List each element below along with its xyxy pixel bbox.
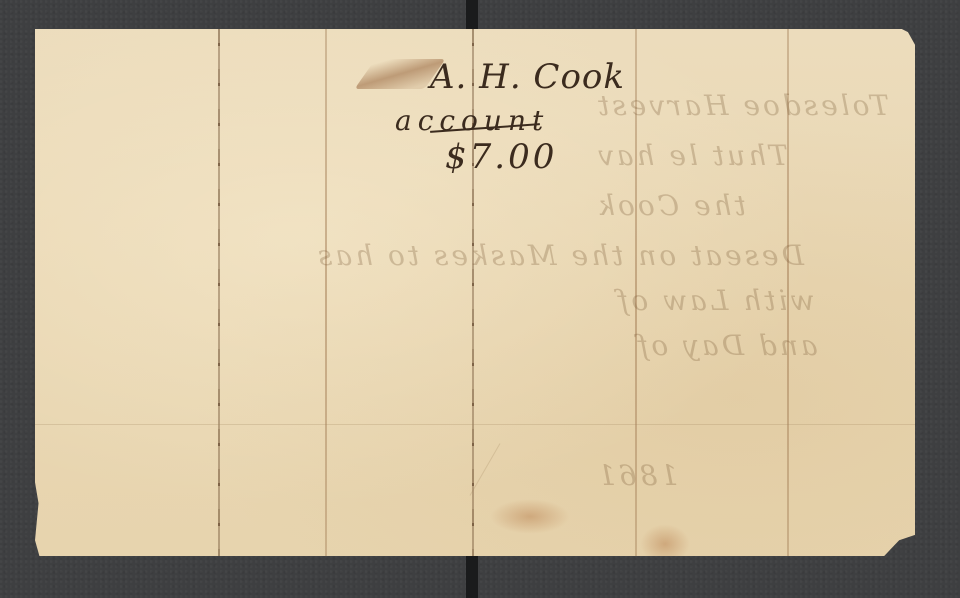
bleed-through-line: Thut le hav	[595, 139, 788, 172]
bleed-through-line: the Cook	[595, 189, 746, 222]
diagonal-crease	[470, 443, 501, 495]
bleed-through-line: 1861	[595, 459, 678, 492]
fold-line	[218, 29, 220, 556]
bleed-through-line: and Day of	[635, 329, 818, 362]
mount-divider-strip-bottom	[466, 556, 478, 598]
bleed-through-line: Tolesdoe Harvest	[595, 89, 889, 122]
bleed-through-line: Deseat on the Maskes to has	[315, 239, 804, 272]
inscription-name: A. H. Cook	[430, 57, 625, 97]
horizontal-crease	[35, 424, 915, 425]
inscription-amount: $7.00	[445, 137, 557, 177]
paper-document: Tolesdoe Harvest Thut le hav the Cook De…	[35, 29, 915, 556]
inscription-account-label: account	[395, 104, 549, 137]
ink-stain	[490, 499, 570, 534]
bleed-through-line: with Law of	[615, 284, 814, 317]
mount-divider-strip-top	[466, 0, 478, 32]
fold-line	[325, 29, 327, 556]
